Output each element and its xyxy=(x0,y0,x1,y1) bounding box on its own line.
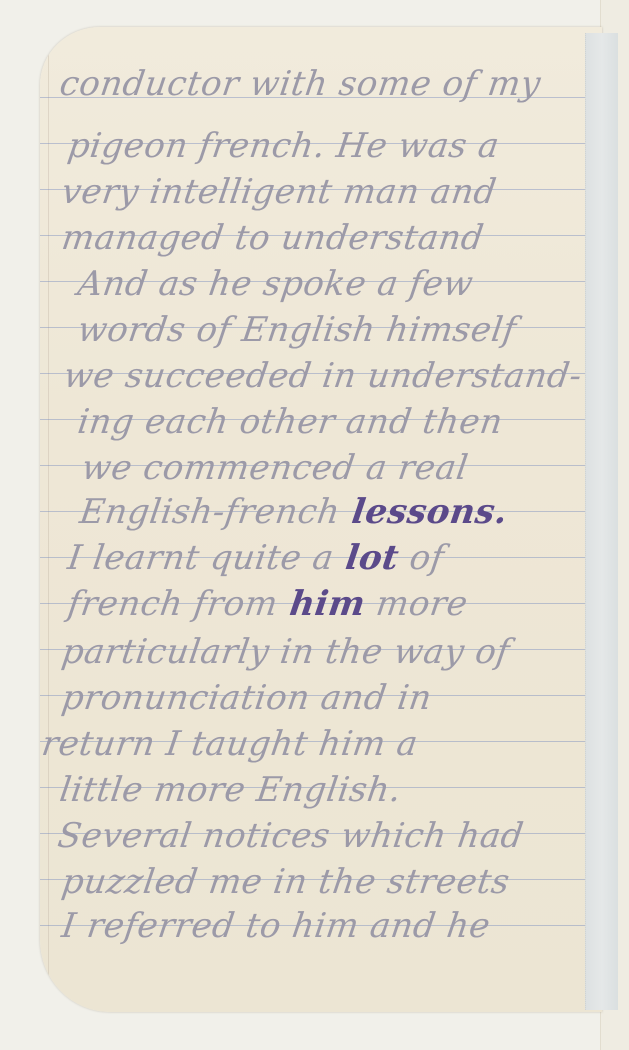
pencil-text: pigeon french. He was a xyxy=(65,126,502,166)
ink-text: lessons. xyxy=(337,492,510,532)
handwritten-line: ing each other and then xyxy=(75,402,505,442)
ink-text: him xyxy=(275,584,368,624)
handwritten-line: Several notices which had xyxy=(55,816,526,856)
pencil-text: managed to understand xyxy=(59,218,486,258)
pencil-text: return I taught him a xyxy=(40,724,420,764)
handwritten-line: pigeon french. He was a xyxy=(65,126,502,166)
handwritten-line: little more English. xyxy=(57,770,404,810)
pencil-text: I referred to him and he xyxy=(59,906,493,946)
handwritten-text: conductor with some of mypigeon french. … xyxy=(40,27,602,1012)
pencil-text: Several notices which had xyxy=(55,816,526,856)
handwritten-line: french from him more xyxy=(65,584,470,624)
handwritten-line: we commenced a real xyxy=(79,448,470,488)
handwritten-line: words of English himself xyxy=(75,310,519,350)
handwritten-line: pronunciation and in xyxy=(59,678,434,718)
pencil-text: more xyxy=(362,584,470,624)
notebook-page: conductor with some of mypigeon french. … xyxy=(40,27,602,1012)
pencil-text: And as he spoke a few xyxy=(75,264,476,304)
handwritten-line: return I taught him a xyxy=(40,724,420,764)
pencil-text: particularly in the way of xyxy=(59,632,512,672)
handwritten-line: conductor with some of my xyxy=(57,64,543,104)
handwritten-line: we succeeded in understand- xyxy=(61,356,584,396)
pencil-text: little more English. xyxy=(57,770,404,810)
handwritten-line: managed to understand xyxy=(59,218,486,258)
handwritten-line: puzzled me in the streets xyxy=(59,862,512,902)
handwritten-line: I learnt quite a lot of xyxy=(65,538,447,578)
pencil-text: of xyxy=(396,538,447,578)
handwritten-line: very intelligent man and xyxy=(59,172,499,212)
pencil-text: conductor with some of my xyxy=(57,64,543,104)
pencil-text: English-french xyxy=(77,492,342,532)
binding-tape xyxy=(585,33,618,1010)
pencil-text: puzzled me in the streets xyxy=(59,862,512,902)
ink-text: lot xyxy=(331,538,402,578)
handwritten-line: English-french lessons. xyxy=(77,492,510,532)
pencil-text: ing each other and then xyxy=(75,402,505,442)
pencil-text: words of English himself xyxy=(75,310,519,350)
handwritten-line: I referred to him and he xyxy=(59,906,493,946)
pencil-text: we succeeded in understand- xyxy=(61,356,584,396)
pencil-text: I learnt quite a xyxy=(65,538,336,578)
pencil-text: very intelligent man and xyxy=(59,172,499,212)
handwritten-line: particularly in the way of xyxy=(59,632,512,672)
pencil-text: french from xyxy=(65,584,280,624)
pencil-text: pronunciation and in xyxy=(59,678,434,718)
pencil-text: we commenced a real xyxy=(79,448,470,488)
handwritten-line: And as he spoke a few xyxy=(75,264,476,304)
